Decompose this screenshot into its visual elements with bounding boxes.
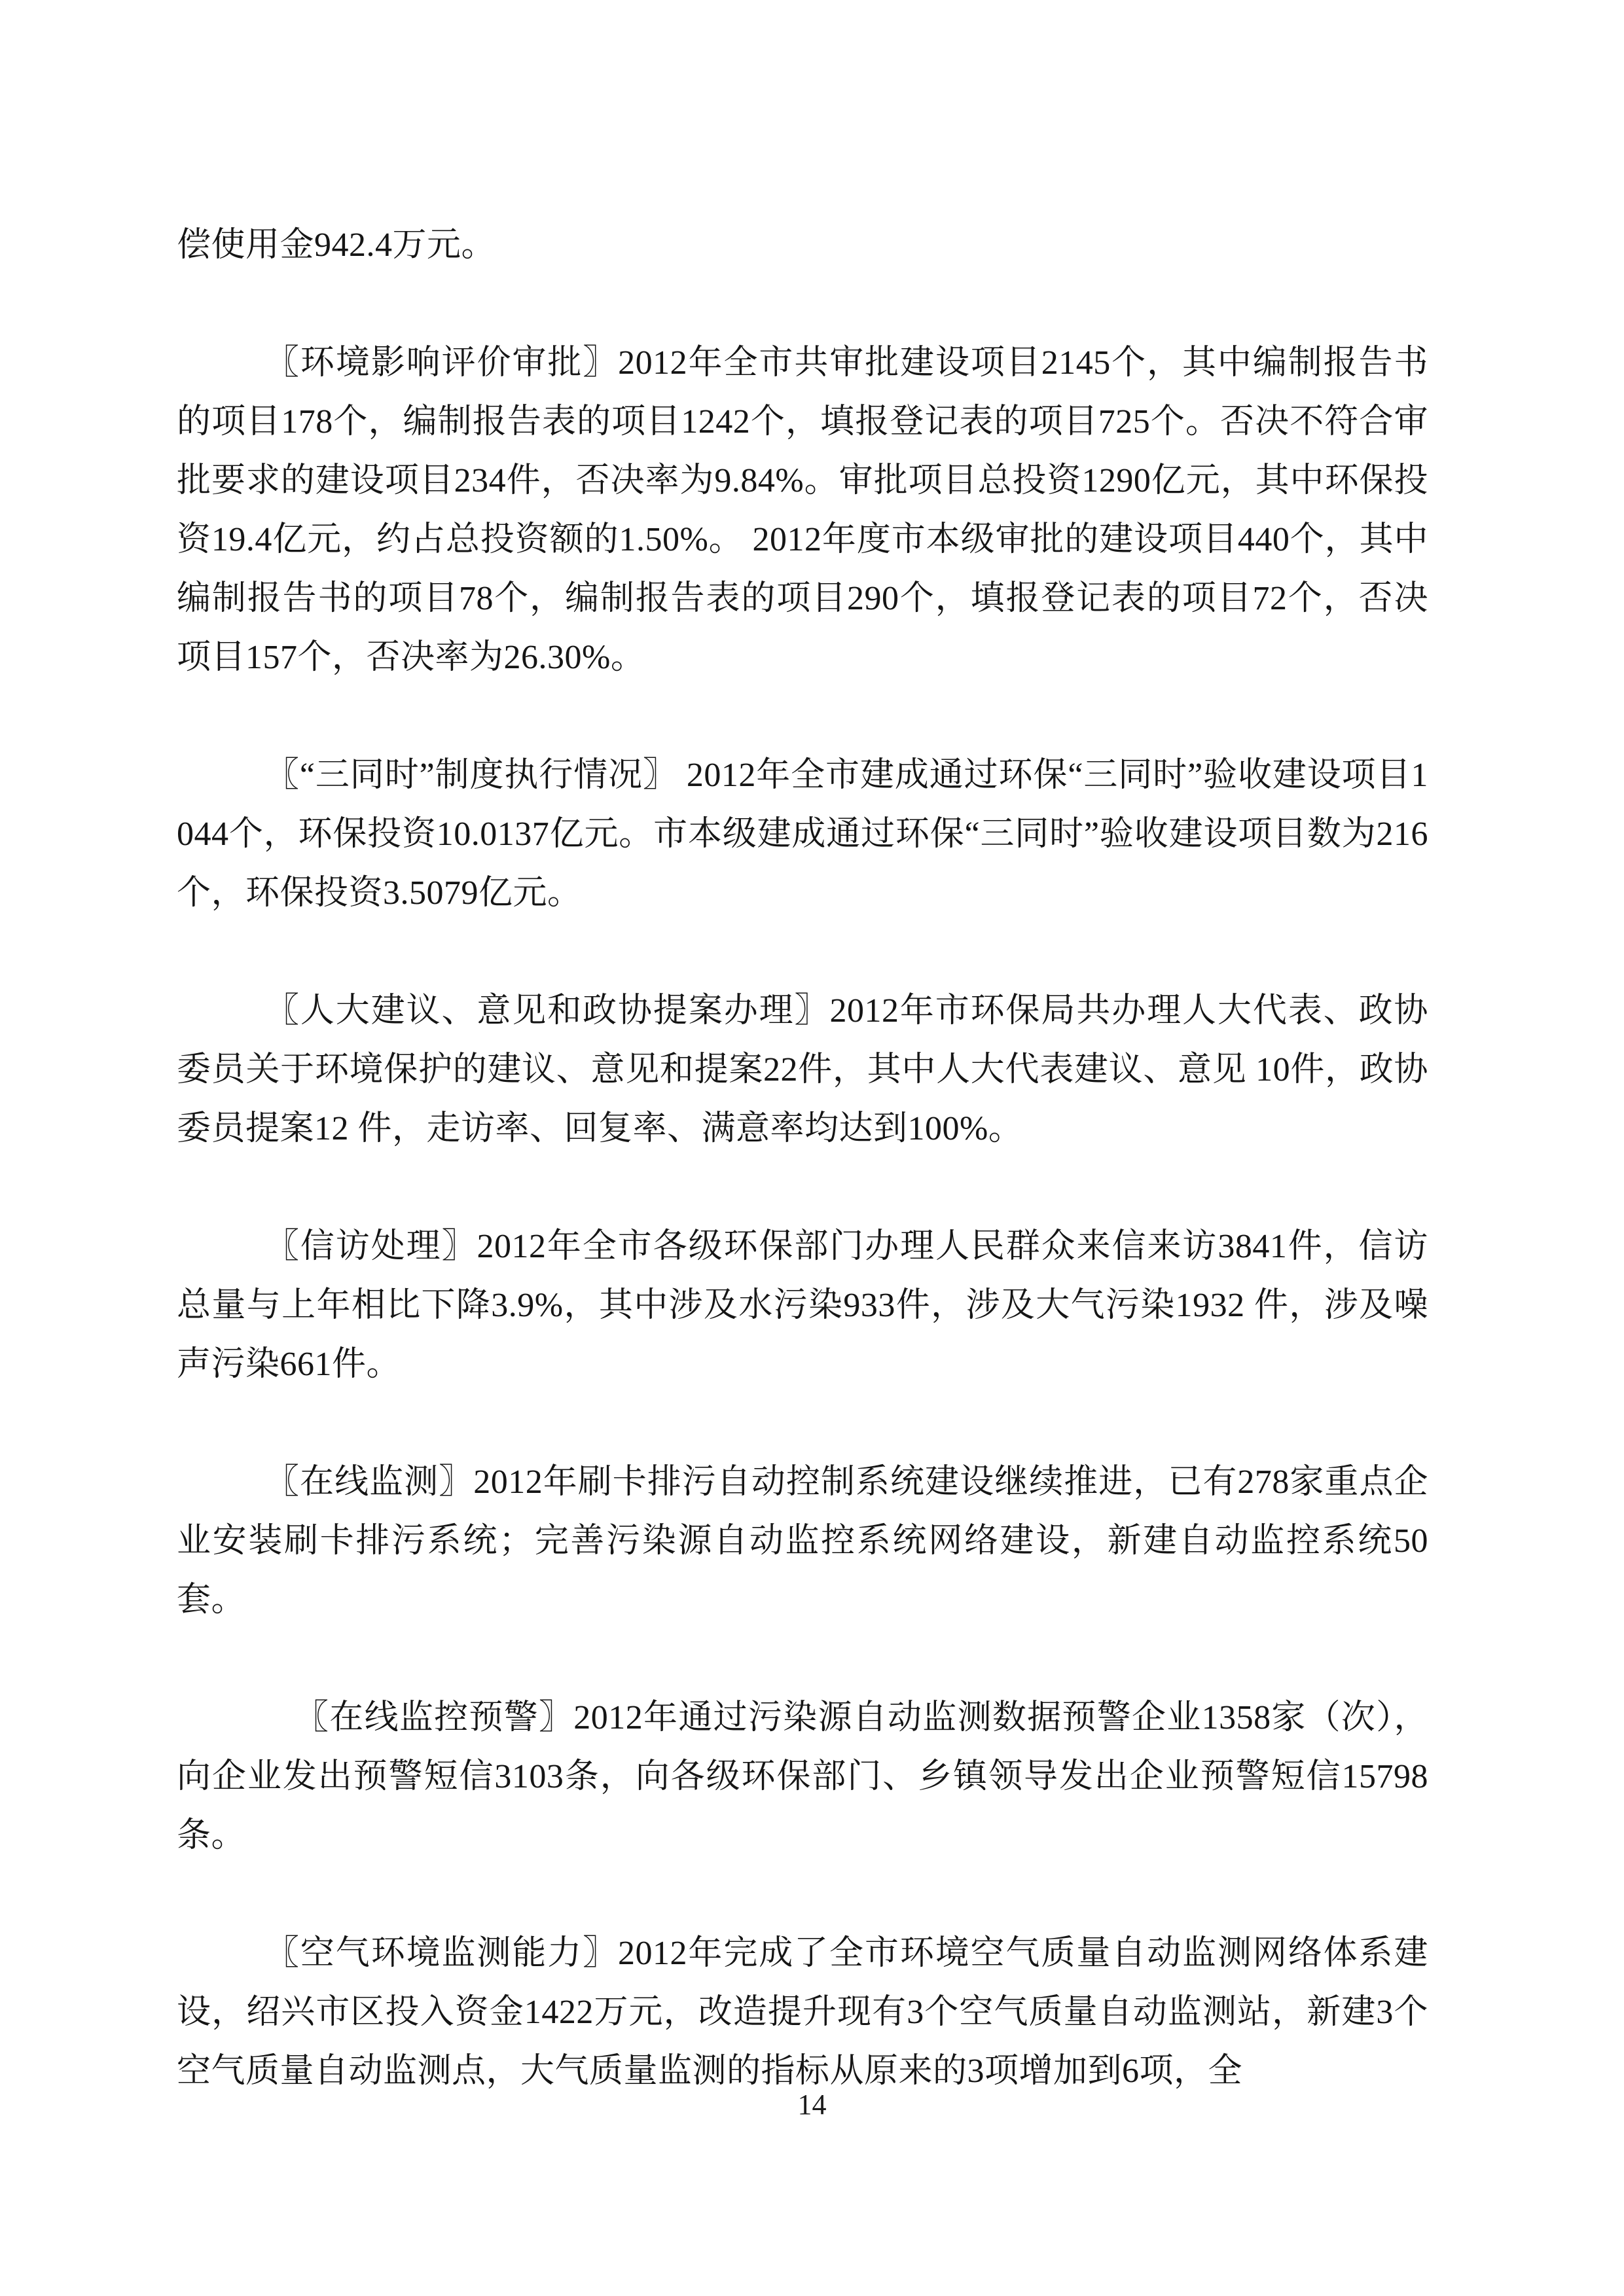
paragraph-npc-cppcc-proposals: 〖人大建议、意见和政协提案办理〗2012年市环保局共办理人大代表、政协委员关于环… [177, 982, 1428, 1158]
paragraph-three-simultaneous: 〖“三同时”制度执行情况〗 2012年全市建成通过环保“三同时”验收建设项目10… [177, 746, 1428, 923]
page-content: 偿使用金942.4万元。 〖环境影响评价审批〗2012年全市共审批建设项目214… [177, 216, 1428, 2160]
paragraph-online-monitoring: 〖在线监测〗2012年刷卡排污自动控制系统建设继续推进，已有278家重点企业安装… [177, 1453, 1428, 1630]
paragraph-online-warning: 〖在线监控预警〗2012年通过污染源自动监测数据预警企业1358家（次），向企业… [177, 1689, 1428, 1865]
entry-term: 〖信访处理〗 [265, 1228, 477, 1265]
entry-body: 2012年全市共审批建设项目2145个，其中编制报告书的项目178个，编制报告表… [177, 344, 1428, 676]
paragraph-eia-approval: 〖环境影响评价审批〗2012年全市共审批建设项目2145个，其中编制报告书的项目… [177, 334, 1428, 687]
entry-body: 偿使用金942.4万元。 [177, 226, 496, 264]
entry-term: 〖在线监控预警〗 [295, 1699, 573, 1736]
page-number: 14 [0, 2085, 1624, 2125]
paragraph-air-monitoring-capacity: 〖空气环境监测能力〗2012年完成了全市环境空气质量自动监测网络体系建设，绍兴市… [177, 1924, 1428, 2101]
document-page: 偿使用金942.4万元。 〖环境影响评价审批〗2012年全市共审批建设项目214… [0, 0, 1624, 2296]
entry-term: 〖“三同时”制度执行情况〗 [265, 757, 677, 794]
entry-term: 〖空气环境监测能力〗 [265, 1935, 618, 1972]
paragraph-petition-handling: 〖信访处理〗2012年全市各级环保部门办理人民群众来信来访3841件，信访总量与… [177, 1217, 1428, 1394]
entry-term: 〖人大建议、意见和政协提案办理〗 [265, 992, 829, 1030]
paragraph-continuation: 偿使用金942.4万元。 [177, 216, 1428, 275]
entry-term: 〖环境影响评价审批〗 [265, 344, 618, 382]
entry-term: 〖在线监测〗 [265, 1463, 473, 1501]
